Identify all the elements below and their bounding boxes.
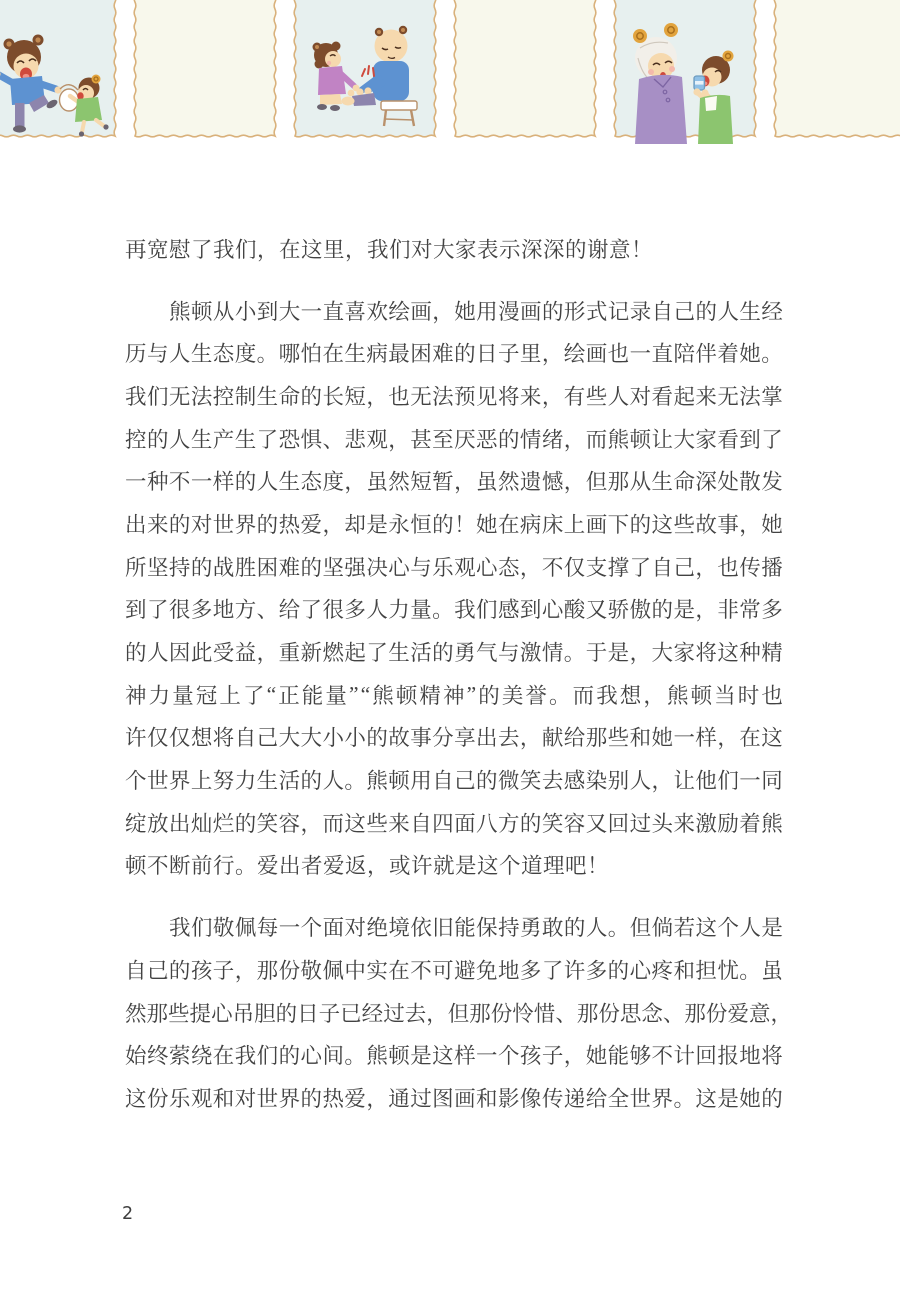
body-text: 再宽慰了我们，在这里，我们对大家表示深深的谢意！熊顿从小到大一直喜欢绘画，她用漫… bbox=[125, 227, 783, 1119]
text-line: 我们敬佩每一个面对绝境依旧能保持勇敢的人。但倘若这个人是 bbox=[125, 905, 783, 948]
comic-panel-6 bbox=[772, 0, 900, 150]
page-number: 2 bbox=[122, 1204, 133, 1224]
text-line: 所坚持的战胜困难的坚强决心与乐观心态，不仅支撑了自己，也传播 bbox=[125, 545, 783, 588]
text-line: 自己的孩子，那份敬佩中实在不可避免地多了许多的心疼和担忧。虽 bbox=[125, 948, 783, 991]
text-line: 个世界上努力生活的人。熊顿用自己的微笑去感染别人，让他们一同 bbox=[125, 758, 783, 801]
text-line: 出来的对世界的热爱，却是永恒的！她在病床上画下的这些故事，她 bbox=[125, 502, 783, 545]
book-page: 再宽慰了我们，在这里，我们对大家表示深深的谢意！熊顿从小到大一直喜欢绘画，她用漫… bbox=[0, 0, 900, 1303]
text-line: 我们无法控制生命的长短，也无法预见将来，有些人对看起来无法掌 bbox=[125, 374, 783, 417]
comic-panel-4 bbox=[452, 0, 598, 150]
text-line: 然那些提心吊胆的日子已经过去，但那份怜惜、那份思念、那份爱意， bbox=[125, 991, 783, 1034]
comic-panel-1 bbox=[0, 0, 118, 150]
comic-strip bbox=[0, 0, 900, 150]
comic-panel-3 bbox=[292, 0, 438, 150]
text-line: 的人因此受益，重新燃起了生活的勇气与激情。于是，大家将这种精 bbox=[125, 630, 783, 673]
text-line: 熊顿从小到大一直喜欢绘画，她用漫画的形式记录自己的人生经 bbox=[125, 289, 783, 332]
text-line: 许仅仅想将自己大大小小的故事分享出去，献给那些和她一样，在这 bbox=[125, 716, 783, 759]
text-line: 神力量冠上了“正能量”“熊顿精神”的美誉。而我想，熊顿当时也 bbox=[125, 673, 783, 716]
comic-panel-5 bbox=[612, 0, 758, 150]
text-line: 绽放出灿烂的笑容，而这些来自四面八方的笑容又回过头来激励着熊 bbox=[125, 801, 783, 844]
text-line: 始终萦绕在我们的心间。熊顿是这样一个孩子，她能够不计回报地将 bbox=[125, 1033, 783, 1076]
text-line: 到了很多地方、给了很多人力量。我们感到心酸又骄傲的是，非常多 bbox=[125, 588, 783, 631]
text-line: 一种不一样的人生态度，虽然短暂，虽然遗憾，但那从生命深处散发 bbox=[125, 459, 783, 502]
text-line: 顿不断前行。爱出者爱返，或许就是这个道理吧！ bbox=[125, 844, 783, 887]
text-line: 历与人生态度。哪怕在生病最困难的日子里，绘画也一直陪伴着她。 bbox=[125, 331, 783, 374]
comic-panel-2 bbox=[132, 0, 278, 150]
text-line: 这份乐观和对世界的热爱，通过图画和影像传递给全世界。这是她的 bbox=[125, 1076, 783, 1119]
text-line: 控的人生产生了恐惧、悲观，甚至厌恶的情绪，而熊顿让大家看到了 bbox=[125, 417, 783, 460]
text-line: 再宽慰了我们，在这里，我们对大家表示深深的谢意！ bbox=[125, 227, 783, 270]
